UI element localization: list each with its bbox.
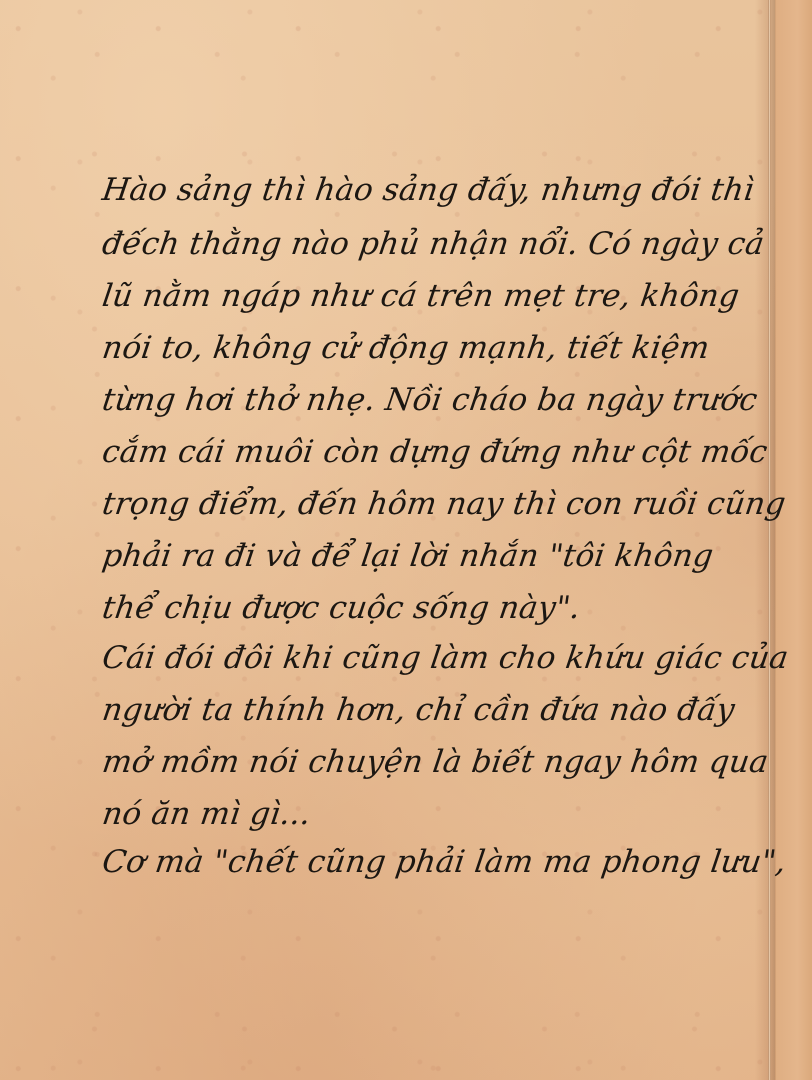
handwritten-line: trọng điểm, đến hôm nay thì con ruồi cũn… bbox=[100, 486, 788, 522]
adjacent-page-edge bbox=[776, 0, 812, 1080]
handwritten-line: Cái đói đôi khi cũng làm cho khứu giác c… bbox=[100, 640, 791, 676]
handwritten-line: từng hơi thở nhẹ. Nồi cháo ba ngày trước bbox=[100, 382, 760, 418]
handwritten-line: lũ nằm ngáp như cá trên mẹt tre, không bbox=[100, 278, 742, 314]
handwritten-line: cắm cái muôi còn dựng đứng như cột mốc bbox=[100, 434, 770, 470]
book-fold-line bbox=[768, 0, 771, 1080]
handwritten-line: nó ăn mì gì... bbox=[100, 796, 313, 832]
handwritten-line: Cơ mà "chết cũng phải làm ma phong lưu", bbox=[100, 844, 789, 880]
handwritten-line: mở mồm nói chuyện là biết ngay hôm qua bbox=[100, 744, 771, 780]
handwritten-line: phải ra đi và để lại lời nhắn "tôi không bbox=[100, 538, 716, 574]
handwritten-line: thể chịu được cuộc sống này". bbox=[100, 590, 583, 626]
paper-page: Hào sảng thì hào sảng đấy, nhưng đói thì… bbox=[0, 0, 812, 1080]
handwritten-line: người ta thính hơn, chỉ cần đứa nào đấy bbox=[100, 692, 737, 728]
handwritten-line: đếch thằng nào phủ nhận nổi. Có ngày cả bbox=[100, 226, 767, 262]
book-gutter-shadow bbox=[755, 0, 775, 1080]
handwritten-line: nói to, không cử động mạnh, tiết kiệm bbox=[100, 330, 712, 366]
handwritten-line: Hào sảng thì hào sảng đấy, nhưng đói thì bbox=[100, 172, 756, 208]
